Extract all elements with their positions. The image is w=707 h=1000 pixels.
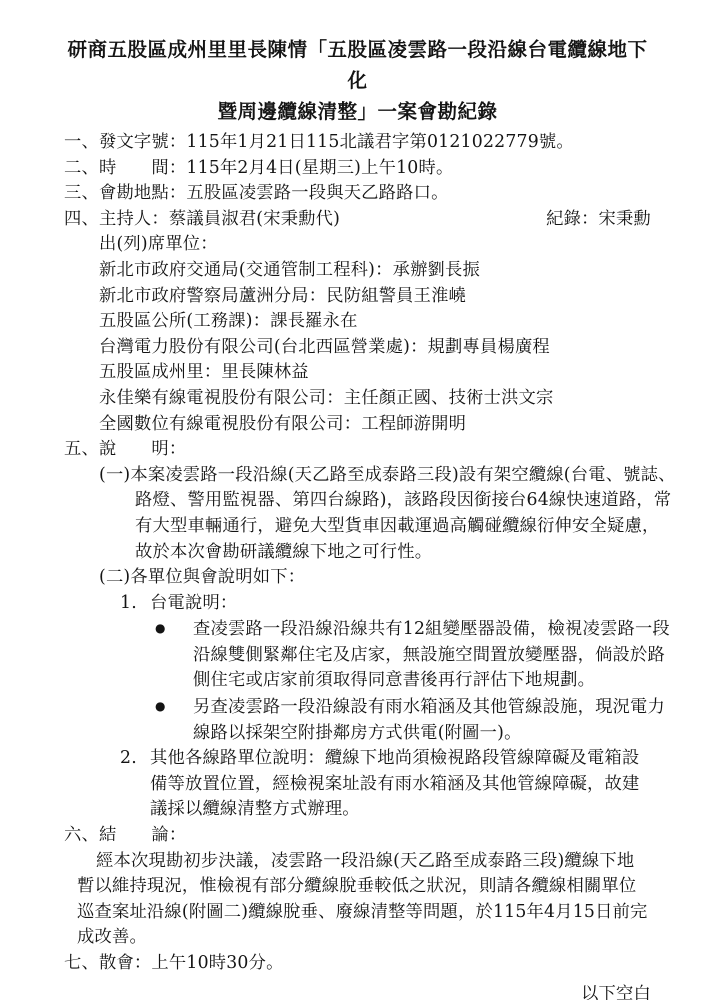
- sub-item2-line: 2.其他各線路單位說明：纜線下地尚須檢視路段管線障礙及電箱設: [120, 746, 651, 772]
- conclusion-line: 巡查案址沿線(附圖二)纜線脫垂、廢線清整等問題，於115年4月15日前完: [77, 900, 651, 926]
- explanation-item1-line: 有大型車輛通行，避免大型貨車因載運過高觸碰纜線衍伸安全疑慮，: [135, 514, 651, 540]
- conclusion-heading: 六、結 論：: [64, 823, 651, 849]
- adjourn-line: 七、散會：上午10時30分。: [64, 951, 651, 977]
- bullet1-text: 查凌雲路一段沿線沿線共有12組變壓器設備，檢視凌雲路一段: [193, 619, 670, 639]
- conclusion-line: 成改善。: [77, 925, 651, 951]
- attendee-line: 新北市政府交通局(交通管制工程科)：承辦劉長振: [99, 258, 651, 284]
- host-recorder-line: 四、主持人：蔡議員淑君(宋秉勳代) 紀錄：宋秉勳: [64, 207, 651, 233]
- bullet-icon: ●: [155, 616, 193, 642]
- host-text: 四、主持人：蔡議員淑君(宋秉勳代): [64, 207, 340, 233]
- attendee-line: 永佳樂有線電視股份有限公司：主任顏正國、技術士洪文宗: [99, 386, 651, 412]
- sub-item2-number: 2.: [120, 746, 150, 772]
- meeting-time-line: 二、時 間：115年2月4日(星期三)上午10時。: [64, 156, 651, 182]
- bullet1-line: 沿線雙側緊鄰住宅及店家，無設施空間置放變壓器，倘設於路: [193, 643, 651, 669]
- explanation-item1-line: 故於本次會勘研議纜線下地之可行性。: [135, 540, 651, 566]
- explanation-item1-line: 路燈、警用監視器、第四台線路)，該路段因銜接台64線快速道路，常: [135, 488, 651, 514]
- attendee-line: 五股區成州里：里長陳林益: [99, 360, 651, 386]
- explanation-item2-heading: (二)各單位與會說明如下：: [99, 565, 651, 591]
- attendee-line: 五股區公所(工務課)：課長羅永在: [99, 309, 651, 335]
- document-title-line1: 研商五股區成州里里長陳情「五股區凌雲路一段沿線台電纜線地下化: [64, 34, 651, 96]
- bullet-icon: ●: [155, 694, 193, 720]
- conclusion-line: 經本次現勘初步決議，凌雲路一段沿線(天乙路至成泰路三段)纜線下地: [96, 849, 651, 875]
- attendee-line: 新北市政府警察局蘆洲分局：民防組警員王淮嶢: [99, 284, 651, 310]
- attendee-line: 全國數位有線電視股份有限公司：工程師游開明: [99, 412, 651, 438]
- recorder-text: 紀錄：宋秉勳: [546, 207, 651, 233]
- below-blank-note: 以下空白: [64, 982, 651, 1000]
- conclusion-line: 暫以維持現況，惟檢視有部分纜線脫垂較低之狀況，則請各纜線相關單位: [77, 874, 651, 900]
- bullet1-line: ●查凌雲路一段沿線沿線共有12組變壓器設備，檢視凌雲路一段: [155, 616, 651, 643]
- document-title-line2: 暨周邊纜線清整」一案會勘紀錄: [64, 96, 651, 127]
- sub-item2-text: 其他各線路單位說明：纜線下地尚須檢視路段管線障礙及電箱設: [150, 748, 639, 768]
- sub-item2-line: 備等放置位置，經檢視案址設有雨水箱涵及其他管線障礙，故建: [150, 772, 651, 798]
- explanation-item1-line: (一)本案凌雲路一段沿線(天乙路至成泰路三段)設有架空纜線(台電、號誌、: [99, 463, 651, 489]
- bullet2-text: 另查凌雲路一段沿線設有雨水箱涵及其他管線設施，現況電力: [193, 697, 665, 717]
- sub-item1-number: 1.: [120, 591, 150, 617]
- meeting-location-line: 三、會勘地點：五股區凌雲路一段與天乙路路口。: [64, 181, 651, 207]
- bullet2-line: 線路以採架空附掛鄰房方式供電(附圖一)。: [193, 721, 651, 747]
- bullet1-line: 側住宅或店家前須取得同意書後再行評估下地規劃。: [193, 668, 651, 694]
- explanation-heading: 五、說 明：: [64, 437, 651, 463]
- sub-item1-heading-line: 1.台電說明：: [120, 591, 651, 617]
- attendee-line: 台灣電力股份有限公司(台北西區營業處)：規劃專員楊廣程: [99, 335, 651, 361]
- attendees-heading: 出(列)席單位：: [99, 232, 651, 258]
- meeting-record-document: 研商五股區成州里里長陳情「五股區凌雲路一段沿線台電纜線地下化 暨周邊纜線清整」一…: [0, 0, 707, 1000]
- bullet2-line: ●另查凌雲路一段沿線設有雨水箱涵及其他管線設施，現況電力: [155, 694, 651, 721]
- sub-item2-line: 議採以纜線清整方式辦理。: [150, 797, 651, 823]
- document-title: 研商五股區成州里里長陳情「五股區凌雲路一段沿線台電纜線地下化 暨周邊纜線清整」一…: [64, 34, 651, 127]
- doc-number-line: 一、發文字號：115年1月21日115北議君字第0121022779號。: [64, 130, 651, 156]
- sub-item1-heading: 台電說明：: [150, 593, 237, 613]
